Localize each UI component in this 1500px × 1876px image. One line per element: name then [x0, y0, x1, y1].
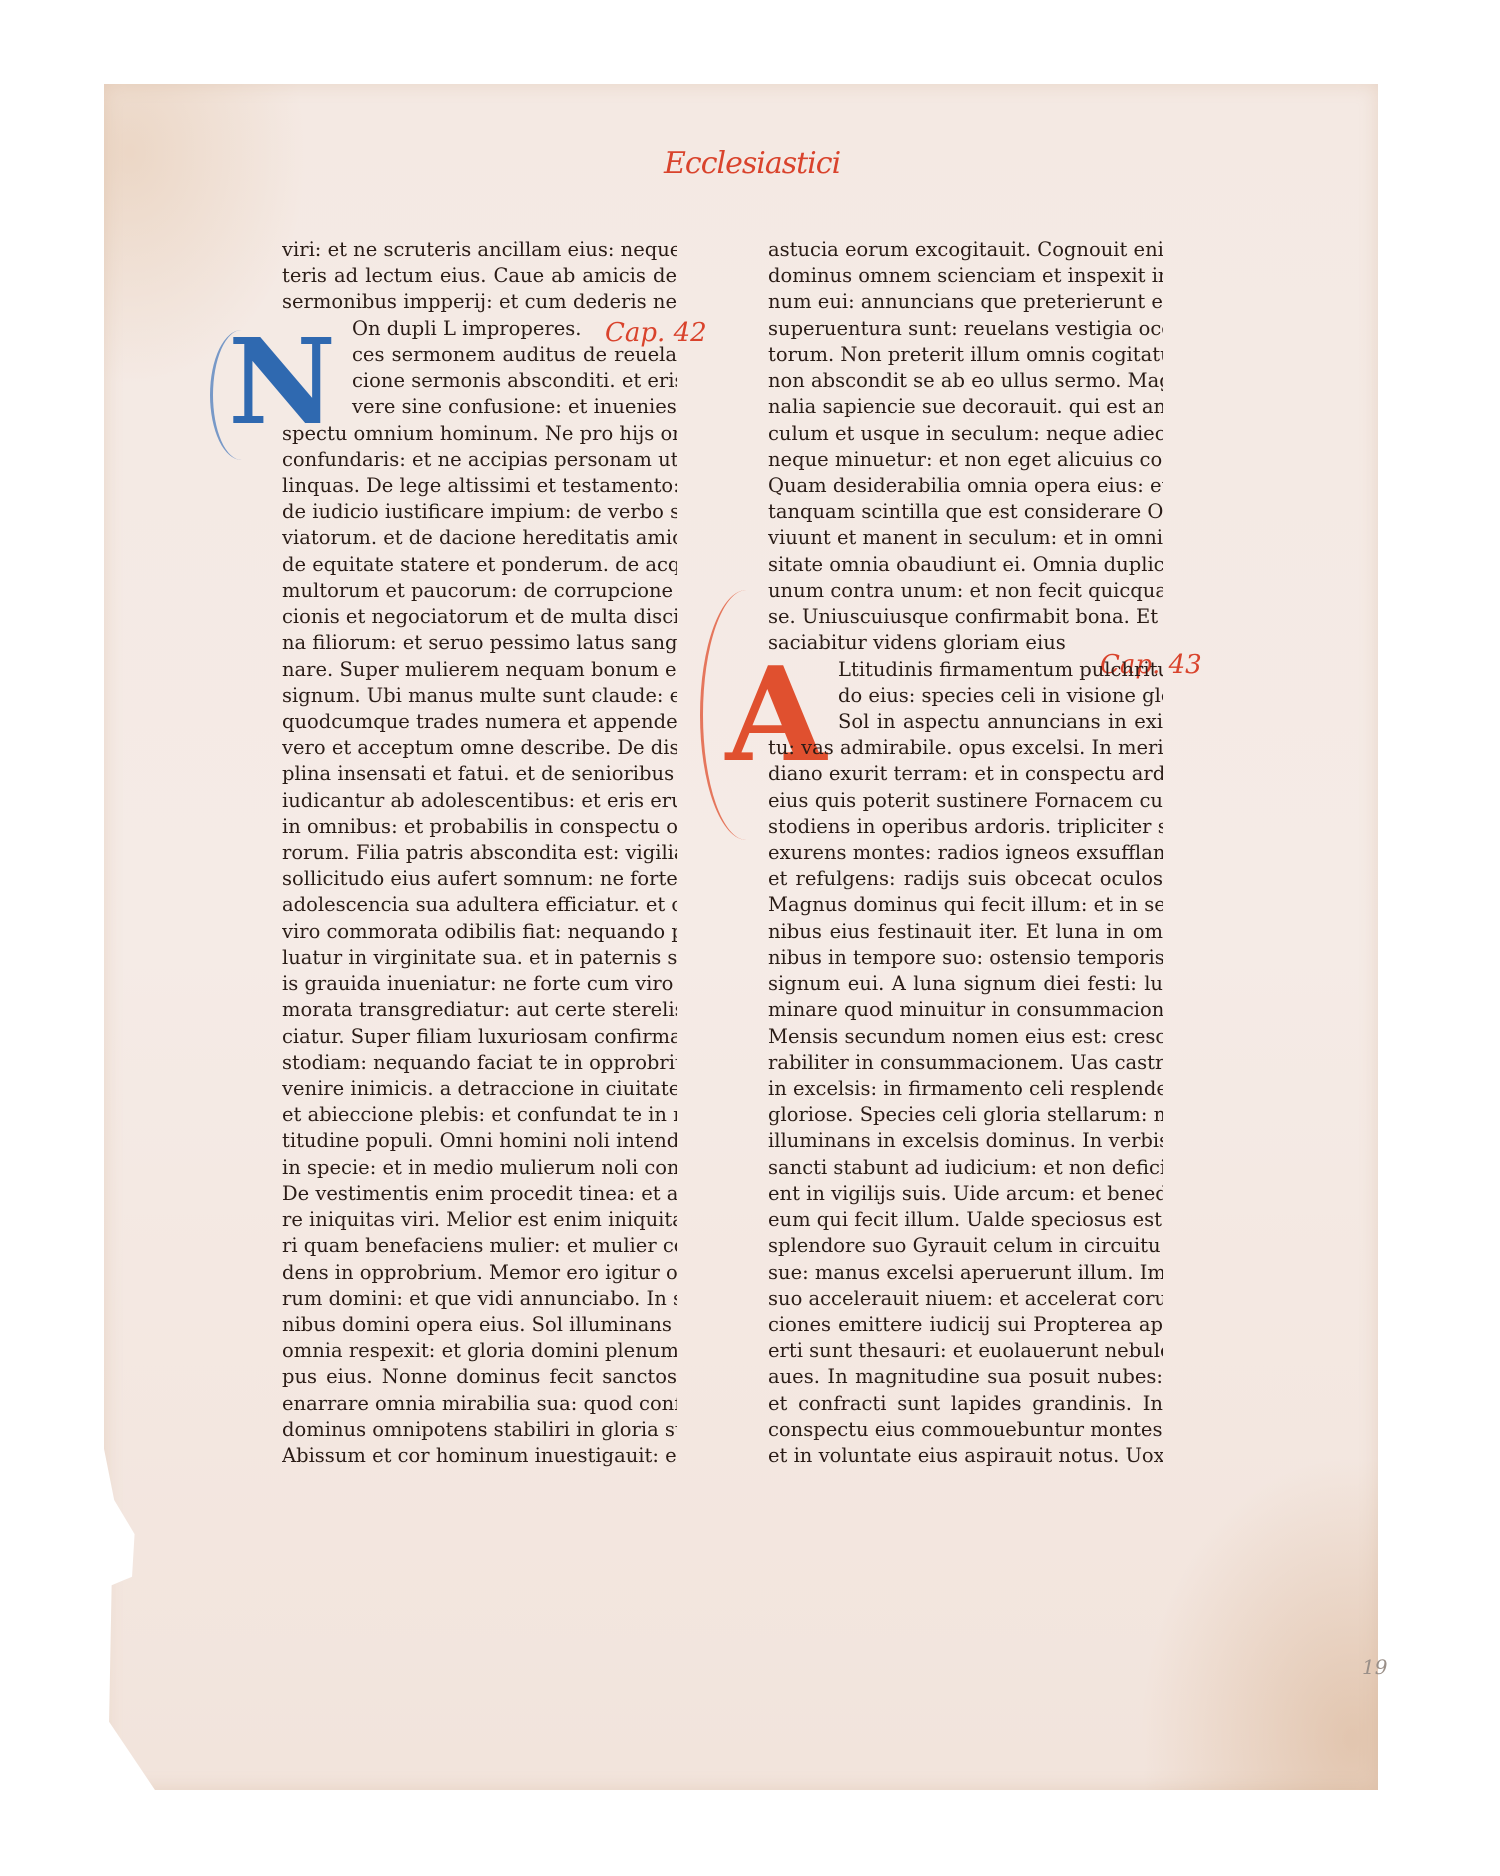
text-line: morata transgrediatur: aut certe stereli… — [282, 997, 677, 1023]
text-line: aues. In magnitudine sua posuit nubes: — [768, 1364, 1163, 1390]
text-line: viatorum. et de dacione hereditatis amic… — [282, 525, 677, 551]
text-line: venire inimicis. a detraccione in ciuita… — [282, 1076, 677, 1102]
text-line: nalia sapiencie sue decorauit. qui est a… — [768, 394, 1163, 420]
text-line: diano exurit terram: et in conspectu ard… — [768, 761, 1163, 787]
text-line: et abieccione plebis: et confundat te in… — [282, 1102, 677, 1128]
text-line: dominus omnipotens stabiliri in gloria s… — [282, 1417, 677, 1443]
text-line: num eui: annuncians que preterierunt et … — [768, 289, 1163, 315]
text-line: omnia respexit: et gloria domini plenum … — [282, 1338, 677, 1364]
text-line: plina insensati et fatui. et de seniorib… — [282, 761, 677, 787]
text-line: erti sunt thesauri: et euolauerunt nebul… — [768, 1338, 1163, 1364]
text-line: ent in vigilijs suis. Uide arcum: et ben… — [768, 1181, 1163, 1207]
text-line: teris ad lectum eius. Caue ab amicis de — [282, 263, 677, 289]
text-line: dominus omnem scienciam et inspexit in s… — [768, 263, 1163, 289]
text-line: de equitate statere et ponderum. de acqu… — [282, 552, 677, 578]
text-line: ciones emittere iudicij sui Propterea ap — [768, 1312, 1163, 1338]
text-line: eum qui fecit illum. Ualde speciosus est… — [768, 1207, 1163, 1233]
text-line: sancti stabunt ad iudicium: et non defic… — [768, 1155, 1163, 1181]
text-line: viri: et ne scruteris ancillam eius: neq… — [282, 237, 677, 263]
text-line: nibus domini opera eius. Sol illuminans … — [282, 1312, 677, 1338]
text-line: nibus in tempore suo: ostensio temporis … — [768, 945, 1163, 971]
text-line: vere sine confusione: et inuenies gracia… — [282, 394, 677, 420]
text-line: luatur in virginitate sua. et in paterni… — [282, 945, 677, 971]
text-line: titudine populi. Omni homini noli intend… — [282, 1128, 677, 1154]
text-line: Ltitudinis firmamentum pulchritu — [768, 657, 1163, 683]
text-line: viro commorata odibilis fiat: nequando p… — [282, 919, 677, 945]
text-line: tu: vas admirabile. opus excelsi. In mer… — [768, 735, 1163, 761]
text-line: adolescencia sua adultera efficiatur. et… — [282, 892, 677, 918]
text-line: linquas. De lege altissimi et testamento… — [282, 473, 677, 499]
text-line: vero et acceptum omne describe. De disci — [282, 735, 677, 761]
text-line: illuminans in excelsis dominus. In verbi… — [768, 1128, 1163, 1154]
text-line: in specie: et in medio mulierum noli com… — [282, 1155, 677, 1181]
text-line: stodiens in operibus ardoris. triplicite… — [768, 814, 1163, 840]
text-line: suo accelerauit niuem: et accelerat coru… — [768, 1286, 1163, 1312]
text-line: de iudicio iustificare impium: de verbo … — [282, 499, 677, 525]
text-line: signum. Ubi manus multe sunt claude: et — [282, 683, 677, 709]
running-head: Ecclesiastici — [664, 146, 774, 181]
text-line: is grauida inueniatur: ne forte cum viro… — [282, 971, 677, 997]
text-line: neque minuetur: et non eget alicuius con… — [768, 447, 1163, 473]
text-line: re iniquitas viri. Melior est enim iniqu… — [282, 1207, 677, 1233]
text-line: iudicantur ab adolescentibus: et eris er… — [282, 788, 677, 814]
text-line: Magnus dominus qui fecit illum: et in se… — [768, 892, 1163, 918]
text-line: Mensis secundum nomen eius est: crescens… — [768, 1024, 1163, 1050]
text-line: astucia eorum excogitauit. Cognouit enim — [768, 237, 1163, 263]
text-line: cione sermonis absconditi. et eris — [282, 368, 677, 394]
text-line: splendore suo Gyrauit celum in circuitu … — [768, 1233, 1163, 1259]
text-line: pus eius. Nonne dominus fecit sanctos — [282, 1364, 677, 1390]
text-line: Abissum et cor hominum inuestigauit: et … — [282, 1443, 677, 1469]
text-line: tanquam scintilla que est considerare Om… — [768, 499, 1163, 525]
text-line: gloriose. Species celi gloria stellarum:… — [768, 1102, 1163, 1128]
text-line: stodiam: nequando faciat te in opprobriu… — [282, 1050, 677, 1076]
text-line: ces sermonem auditus de reuela — [282, 342, 677, 368]
text-line: ri quam benefaciens mulier: et mulier co… — [282, 1233, 677, 1259]
text-line: signum eui. A luna signum diei festi: lu — [768, 971, 1163, 997]
text-line: conspectu eius commouebuntur montes: — [768, 1417, 1163, 1443]
text-line: se. Uniuscuiusque confirmabit bona. Et q… — [768, 604, 1163, 630]
text-line: rorum. Filia patris abscondita est: vigi… — [282, 840, 677, 866]
text-line: confundaris: et ne accipias personam ut … — [282, 447, 677, 473]
text-line: viuunt et manent in seculum: et in omni … — [768, 525, 1163, 551]
text-line: spectu omnium hominum. Ne pro hijs omnib… — [282, 421, 677, 447]
text-line: superuentura sunt: reuelans vestigia occ… — [768, 316, 1163, 342]
text-column-right: astucia eorum excogitauit. Cognouit enim… — [768, 237, 1163, 1469]
text-line: nare. Super mulierem nequam bonum est — [282, 657, 677, 683]
text-line: eius quis poterit sustinere Fornacem cu — [768, 788, 1163, 814]
text-line: et confracti sunt lapides grandinis. In — [768, 1391, 1163, 1417]
text-column-left: viri: et ne scruteris ancillam eius: neq… — [282, 237, 677, 1469]
text-line: saciabitur videns gloriam eius — [768, 630, 1163, 656]
folio-number: 19 — [1362, 1655, 1387, 1679]
text-line: in omnibus: et probabilis in conspectu o… — [282, 814, 677, 840]
text-line: minare quod minuitur in consummacione. — [768, 997, 1163, 1023]
text-line: exurens montes: radios igneos exsufflans — [768, 840, 1163, 866]
text-line: De vestimentis enim procedit tinea: et a… — [282, 1181, 677, 1207]
text-line: multorum et paucorum: de corrupcione emp — [282, 578, 677, 604]
text-line: et refulgens: radijs suis obcecat oculos — [768, 866, 1163, 892]
text-line: non abscondit se ab eo ullus sermo. Mag — [768, 368, 1163, 394]
text-line: do eius: species celi in visione glorie — [768, 683, 1163, 709]
text-line: quodcumque trades numera et appende: dat… — [282, 709, 677, 735]
text-line: On dupli L improperes. — [282, 316, 677, 342]
text-line: cionis et negociatorum et de multa disci… — [282, 604, 677, 630]
text-line: ciatur. Super filiam luxuriosam confirma… — [282, 1024, 677, 1050]
text-line: sue: manus excelsi aperuerunt illum. Imp… — [768, 1260, 1163, 1286]
text-line: sollicitudo eius aufert somnum: ne forte… — [282, 866, 677, 892]
text-line: unum contra unum: et non fecit quicquam … — [768, 578, 1163, 604]
text-line: culum et usque in seculum: neque adiectu… — [768, 421, 1163, 447]
text-line: Sol in aspectu annuncians in exi — [768, 709, 1163, 735]
text-line: enarrare omnia mirabilia sua: quod confi… — [282, 1391, 677, 1417]
text-line: rabiliter in consummacionem. Uas castror… — [768, 1050, 1163, 1076]
text-line: torum. Non preterit illum omnis cogitatu… — [768, 342, 1163, 368]
text-line: in excelsis: in firmamento celi resplend… — [768, 1076, 1163, 1102]
text-line: dens in opprobrium. Memor ero igitur ope — [282, 1260, 677, 1286]
text-line: et in voluntate eius aspirauit notus. Uo… — [768, 1443, 1163, 1469]
text-line: na filiorum: et seruo pessimo latus sang… — [282, 630, 677, 656]
text-line: Quam desiderabilia omnia opera eius: et — [768, 473, 1163, 499]
text-line: sitate omnia obaudiunt ei. Omnia duplici… — [768, 552, 1163, 578]
text-line: rum domini: et que vidi annunciabo. In s… — [282, 1286, 677, 1312]
text-line: nibus eius festinauit iter. Et luna in o… — [768, 919, 1163, 945]
text-line: sermonibus impperij: et cum dederis ne — [282, 289, 677, 315]
